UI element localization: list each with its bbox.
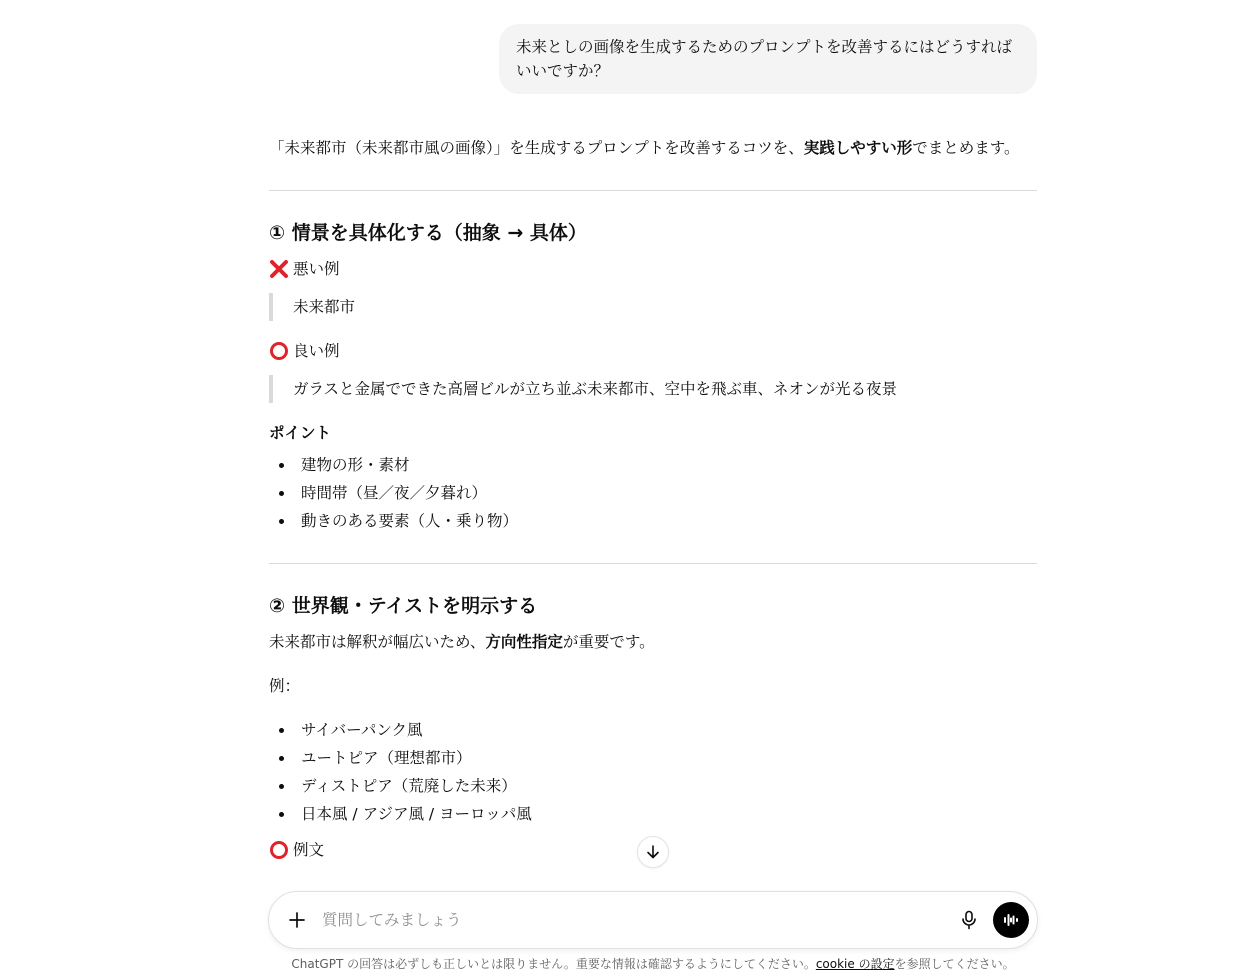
list-item: 日本風 / アジア風 / ヨーロッパ風	[269, 800, 1037, 828]
list-item: 動きのある要素（人・乗り物）	[269, 507, 1037, 535]
section-2-title: ② 世界観・テイストを明示する	[269, 592, 1037, 620]
scroll-to-bottom-button[interactable]	[637, 836, 669, 868]
assistant-message: 「未来都市（未来都市風の画像）」を生成するプロンプトを改善するコツを、実践しやす…	[269, 134, 1037, 864]
bad-example-quote: 未来都市	[269, 293, 1037, 321]
bad-label-text: 悪い例	[293, 255, 340, 283]
composer	[268, 891, 1038, 949]
bad-example-label: 悪い例	[269, 255, 1037, 283]
section-1-title: ① 情景を具体化する（抽象 → 具体）	[269, 219, 1037, 247]
points-list: 建物の形・素材 時間帯（昼／夜／夕暮れ） 動きのある要素（人・乗り物）	[269, 451, 1037, 535]
user-message-row: 未来としの画像を生成するためのプロンプトを改善するにはどうすればいいですか？	[269, 0, 1037, 94]
disclaimer-text-end: を参照してください。	[895, 957, 1015, 971]
dictate-button[interactable]	[951, 902, 987, 938]
disclaimer: ChatGPT の回答は必ずしも正しいとは限りません。重要な情報は確認するように…	[0, 955, 1257, 973]
intro-text: 「未来都市（未来都市風の画像）」を生成するプロンプトを改善するコツを、	[269, 139, 804, 157]
circle-mark-icon	[269, 840, 289, 860]
list-item: サイバーパンク風	[269, 716, 1037, 744]
divider	[269, 190, 1037, 191]
cookie-settings-link[interactable]: cookie の設定	[816, 957, 895, 971]
cross-mark-icon	[269, 259, 289, 279]
list-item: ユートピア（理想都市）	[269, 744, 1037, 772]
disclaimer-text: ChatGPT の回答は必ずしも正しいとは限りません。重要な情報は確認するように…	[291, 957, 815, 971]
desc-bold: 方向性指定	[485, 633, 563, 651]
good-label-text: 良い例	[293, 337, 340, 365]
desc-text: 未来都市は解釈が幅広いため、	[269, 633, 485, 651]
chat-page: 未来としの画像を生成するためのプロンプトを改善するにはどうすればいいですか？ 「…	[0, 0, 1257, 980]
section-2-description: 未来都市は解釈が幅広いため、方向性指定が重要です。	[269, 628, 1037, 656]
examples-label: 例：	[269, 672, 1037, 700]
microphone-icon	[960, 910, 978, 930]
arrow-down-icon	[645, 844, 661, 860]
waveform-icon	[1002, 911, 1020, 929]
good-example-quote: ガラスと金属でできた高層ビルが立ち並ぶ未来都市、空中を飛ぶ車、ネオンが光る夜景	[269, 375, 1037, 403]
user-message-bubble: 未来としの画像を生成するためのプロンプトを改善するにはどうすればいいですか？	[499, 24, 1037, 94]
message-input[interactable]	[322, 911, 951, 929]
plus-icon	[288, 911, 306, 929]
voice-mode-button[interactable]	[993, 902, 1029, 938]
assistant-intro: 「未来都市（未来都市風の画像）」を生成するプロンプトを改善するコツを、実践しやす…	[269, 134, 1037, 162]
conversation-thread: 未来としの画像を生成するためのプロンプトを改善するにはどうすればいいですか？ 「…	[269, 0, 1037, 864]
style-examples-list: サイバーパンク風 ユートピア（理想都市） ディストピア（荒廃した未来） 日本風 …	[269, 716, 1037, 828]
list-item: ディストピア（荒廃した未来）	[269, 772, 1037, 800]
points-title: ポイント	[269, 419, 1037, 447]
list-item: 建物の形・素材	[269, 451, 1037, 479]
divider	[269, 563, 1037, 564]
example-sentence-text: 例文	[293, 836, 324, 864]
attach-button[interactable]	[287, 910, 307, 930]
list-item: 時間帯（昼／夜／夕暮れ）	[269, 479, 1037, 507]
intro-text-end: でまとめます。	[912, 139, 1019, 157]
intro-bold: 実践しやすい形	[804, 139, 913, 157]
good-example-label: 良い例	[269, 337, 1037, 365]
desc-text-end: が重要です。	[563, 633, 655, 651]
circle-mark-icon	[269, 341, 289, 361]
